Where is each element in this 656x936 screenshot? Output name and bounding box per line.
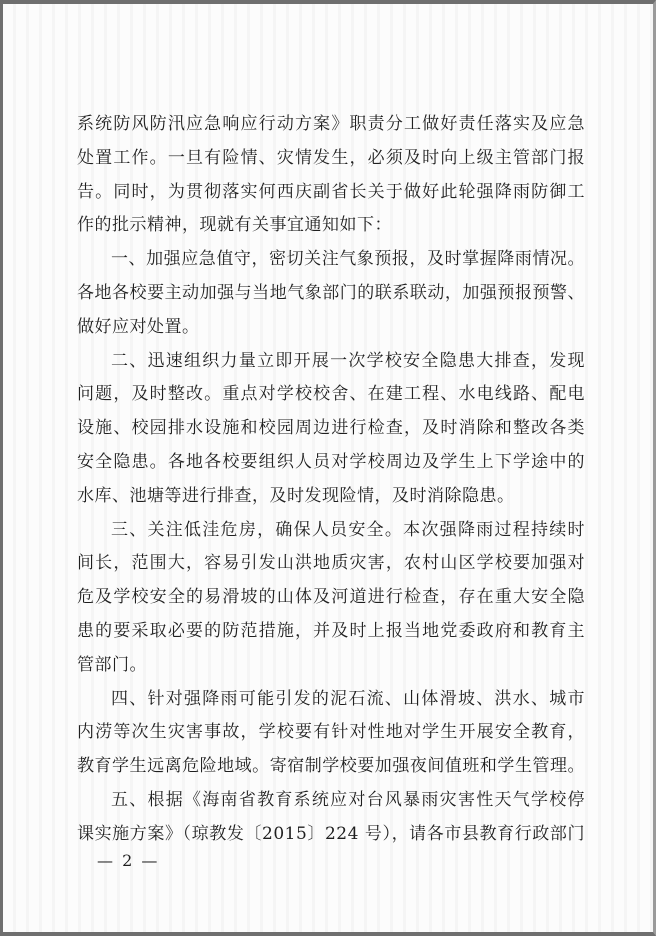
document-page: 系统防风防汛应急响应行动方案》职责分工做好责任落实及应急处置工作。一旦有险情、灾… [0,0,656,936]
text-line: 一、加强应急值守，密切关注气象预报，及时掌握降雨情况。 [77,243,585,277]
text-line: 安全隐患。各地各校要组织人员对学校周边及学生上下学途中的 [77,446,585,480]
text-line: 二、迅速组织力量立即开展一次学校安全隐患大排查，发现 [77,345,585,379]
text-line: 三、关注低洼危房，确保人员安全。本次强降雨过程持续时 [77,514,585,548]
text-line: 危及学校安全的易滑坡的山体及河道进行检查，存在重大安全隐 [77,581,585,615]
text-line: 系统防风防汛应急响应行动方案》职责分工做好责任落实及应急 [77,108,585,142]
text-line: 水库、池塘等进行排查，及时发现险情，及时消除隐患。 [77,480,585,514]
text-line: 课实施方案》（琼教发〔2015〕224 号），请各市县教育行政部门 [77,818,585,852]
text-line: 处置工作。一旦有险情、灾情发生，必须及时向上级主管部门报 [77,142,585,176]
text-line: 做好应对处置。 [77,311,585,345]
text-line: 五、根据《海南省教育系统应对台风暴雨灾害性天气学校停 [77,784,585,818]
text-line: 各地各校要主动加强与当地气象部门的联系联动，加强预报预警、 [77,277,585,311]
text-line: 作的批示精神，现就有关事宜通知如下： [77,209,585,243]
text-line: 告。同时，为贯彻落实何西庆副省长关于做好此轮强降雨防御工 [77,176,585,210]
text-line: 间长，范围大，容易引发山洪地质灾害，农村山区学校要加强对 [77,547,585,581]
text-line: 管部门。 [77,649,585,683]
text-line: 问题，及时整改。重点对学校校舍、在建工程、水电线路、配电 [77,378,585,412]
text-line: 设施、校园排水设施和校园周边进行检查，及时消除和整改各类 [77,412,585,446]
document-body: 系统防风防汛应急响应行动方案》职责分工做好责任落实及应急处置工作。一旦有险情、灾… [77,108,585,852]
text-line: 患的要采取必要的防范措施，并及时上报当地党委政府和教育主 [77,615,585,649]
text-line: 教育学生远离危险地域。寄宿制学校要加强夜间值班和学生管理。 [77,750,585,784]
page-number: — 2 — [97,850,159,872]
text-line: 四、针对强降雨可能引发的泥石流、山体滑坡、洪水、城市 [77,683,585,717]
text-line: 内涝等次生灾害事故，学校要有针对性地对学生开展安全教育， [77,716,585,750]
